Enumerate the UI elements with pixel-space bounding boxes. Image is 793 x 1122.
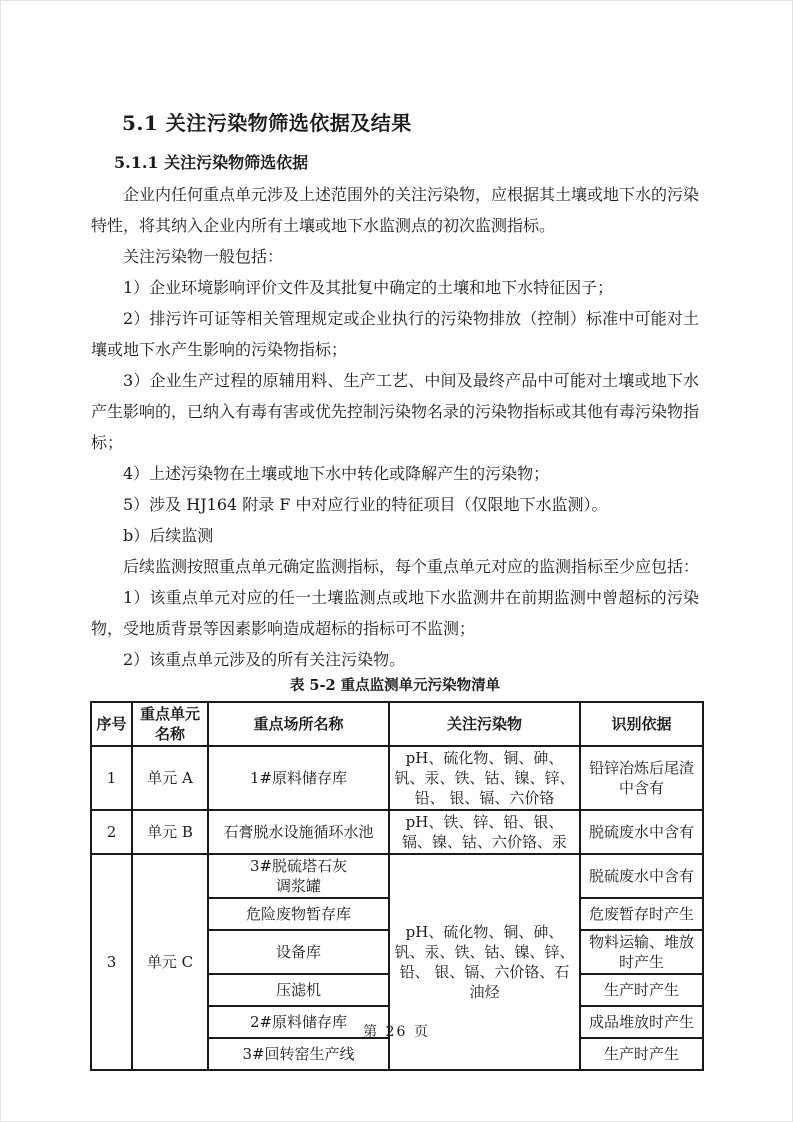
column-header-no: 序号 — [91, 702, 132, 746]
cell-no: 2 — [91, 810, 132, 854]
cell-unit: 单元 B — [132, 810, 208, 854]
cell-basis: 危废暂存时产生 — [580, 898, 703, 930]
list-item: 2）该重点单元涉及的所有关注污染物。 — [91, 644, 699, 675]
cell-basis: 物料运输、堆放时产生 — [580, 930, 703, 974]
list-item: 3）企业生产过程的原辅用料、生产工艺、中间及最终产品中可能对土壤或地下水产生影响… — [91, 365, 699, 458]
cell-basis: 生产时产生 — [580, 1038, 703, 1070]
list-item: 1）企业环境影响评价文件及其批复中确定的土壤和地下水特征因子； — [91, 272, 699, 303]
document-page: 5.1 关注污染物筛选依据及结果 5.1.1 关注污染物筛选依据 企业内任何重点… — [0, 0, 793, 1122]
cell-site: 3#脱硫塔石灰 调浆罐 — [208, 854, 389, 898]
paragraph: 关注污染物一般包括： — [91, 241, 699, 272]
list-item: b）后续监测 — [91, 520, 699, 551]
cell-unit: 单元 A — [132, 746, 208, 810]
table-caption: 表 5-2 重点监测单元污染物清单 — [91, 675, 699, 697]
table-row: 3 单元 C 3#脱硫塔石灰 调浆罐 pH、硫化物、铜、砷、钒、汞、铁、钴、镍、… — [91, 854, 703, 898]
list-item: 1）该重点单元对应的任一土壤监测点或地下水监测井在前期监测中曾超标的污染物，受地… — [91, 582, 699, 644]
table-row: 2 单元 B 石膏脱水设施循环水池 pH、铁、锌、铅、银、镉、镍、钴、六价铬、汞… — [91, 810, 703, 854]
list-item: 4）上述污染物在土壤或地下水中转化或降解产生的污染物； — [91, 458, 699, 489]
cell-basis: 脱硫废水中含有 — [580, 854, 703, 898]
column-header-site: 重点场所名称 — [208, 702, 389, 746]
cell-basis: 脱硫废水中含有 — [580, 810, 703, 854]
page-number: 第 26 页 — [1, 1021, 792, 1041]
cell-site: 设备库 — [208, 930, 389, 974]
cell-pollutants: pH、硫化物、铜、砷、钒、汞、铁、钴、镍、锌、铅、 银、镉、六价铬 — [389, 746, 580, 810]
cell-site: 石膏脱水设施循环水池 — [208, 810, 389, 854]
table-row: 1 单元 A 1#原料储存库 pH、硫化物、铜、砷、钒、汞、铁、钴、镍、锌、铅、… — [91, 746, 703, 810]
cell-basis: 生产时产生 — [580, 974, 703, 1006]
column-header-pollutants: 关注污染物 — [389, 702, 580, 746]
cell-pollutants: pH、铁、锌、铅、银、镉、镍、钴、六价铬、汞 — [389, 810, 580, 854]
list-item: 2）排污许可证等相关管理规定或企业执行的污染物排放（控制）标准中可能对土壤或地下… — [91, 303, 699, 365]
cell-site: 危险废物暂存库 — [208, 898, 389, 930]
cell-basis: 铅锌冶炼后尾渣中含有 — [580, 746, 703, 810]
cell-site: 3#回转窑生产线 — [208, 1038, 389, 1070]
paragraph: 企业内任何重点单元涉及上述范围外的关注污染物，应根据其土壤或地下水的污染特性，将… — [91, 179, 699, 241]
cell-site: 1#原料储存库 — [208, 746, 389, 810]
cell-site: 压滤机 — [208, 974, 389, 1006]
table-header-row: 序号 重点单元名称 重点场所名称 关注污染物 识别依据 — [91, 702, 703, 746]
section-heading: 5.1 关注污染物筛选依据及结果 — [91, 109, 699, 137]
paragraph: 后续监测按照重点单元确定监测指标，每个重点单元对应的监测指标至少应包括： — [91, 551, 699, 582]
subsection-heading: 5.1.1 关注污染物筛选依据 — [91, 151, 699, 175]
column-header-basis: 识别依据 — [580, 702, 703, 746]
cell-no: 1 — [91, 746, 132, 810]
pollutant-table: 序号 重点单元名称 重点场所名称 关注污染物 识别依据 1 单元 A 1#原料储… — [90, 701, 704, 1071]
list-item: 5）涉及 HJ164 附录 F 中对应行业的特征项目（仅限地下水监测）。 — [91, 489, 699, 520]
body-text: 企业内任何重点单元涉及上述范围外的关注污染物，应根据其土壤或地下水的污染特性，将… — [91, 179, 699, 675]
column-header-unit: 重点单元名称 — [132, 702, 208, 746]
